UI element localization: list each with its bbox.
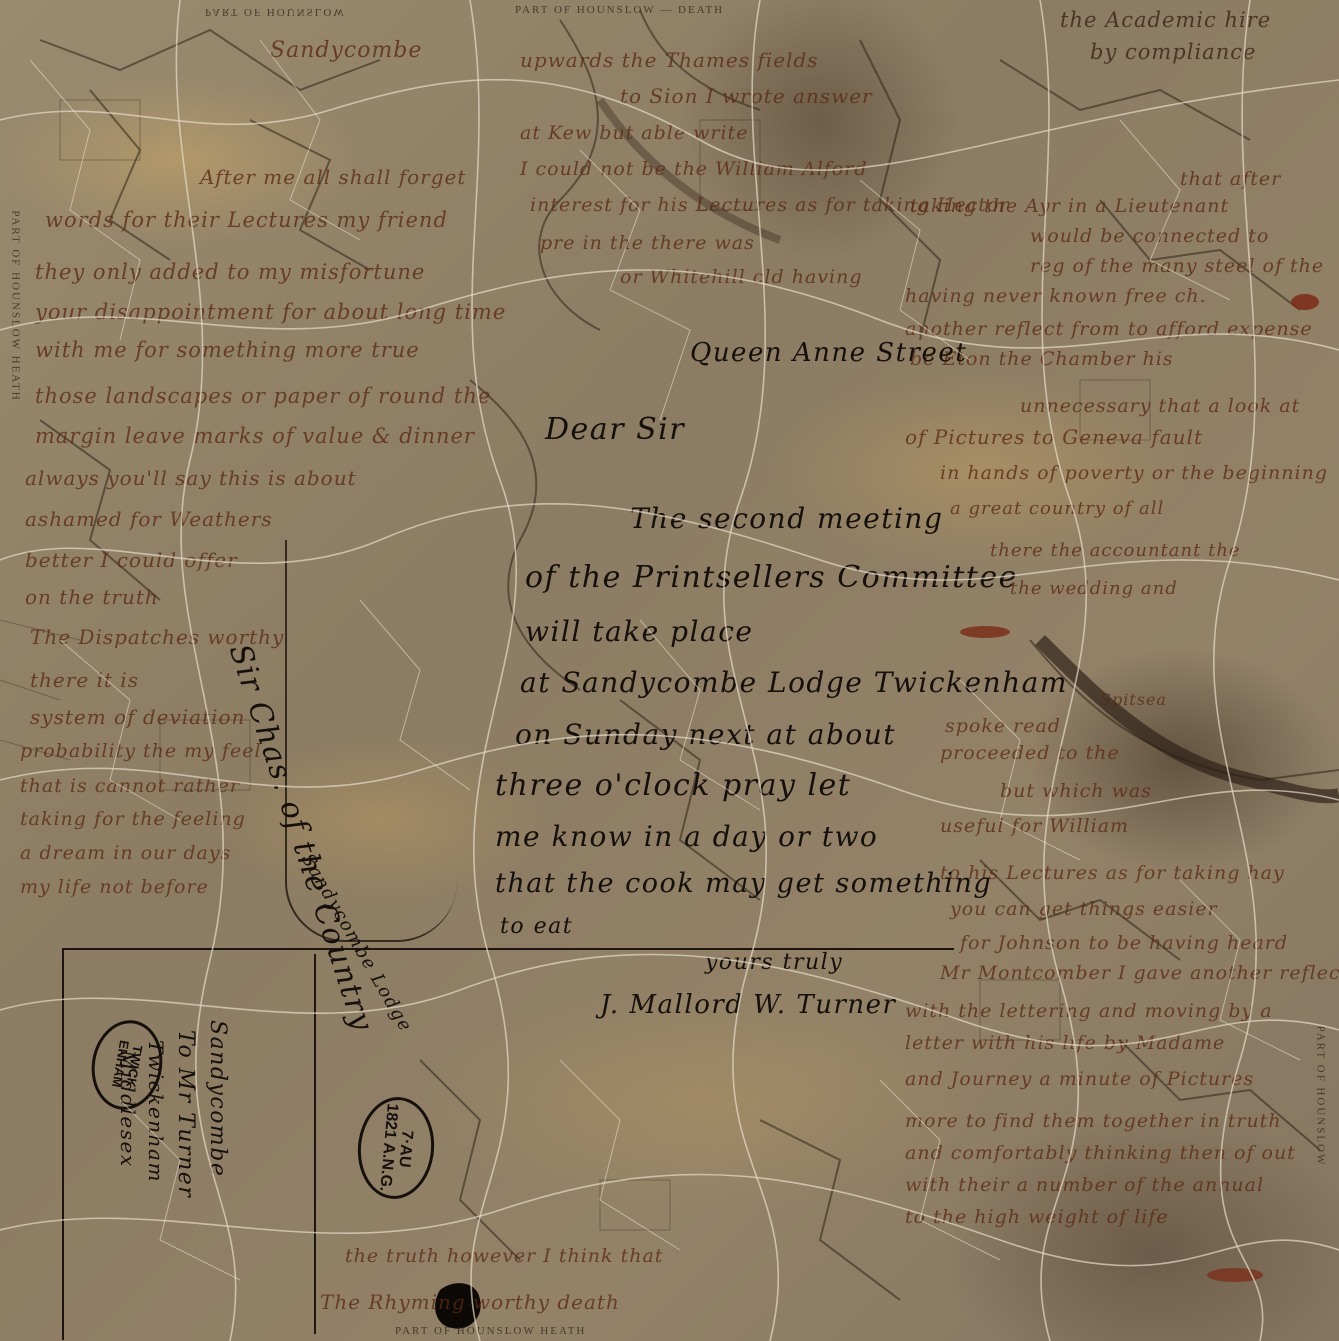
crackle-texture bbox=[0, 0, 1339, 1341]
collage-canvas: PART OF HOUNSLOW PART OF HOUNSLOW — DEAT… bbox=[0, 0, 1339, 1341]
